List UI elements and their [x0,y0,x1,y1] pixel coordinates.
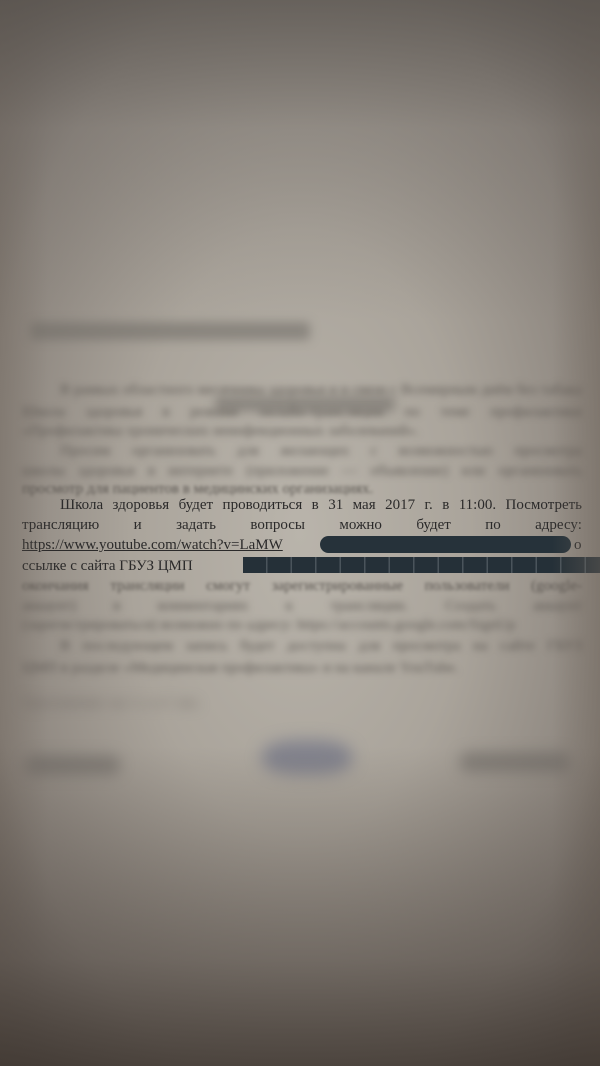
blurred-attachment-line: Приложение: на 1 л. в 1 экз. [22,693,262,713]
blurred-paragraph-1-line-2: Школа здоровья в режиме онлайн-трансляци… [22,402,582,422]
word: трансляцию [22,515,99,535]
word: адресу: [535,515,582,535]
blurred-signature [262,740,352,775]
photographed-document: В рамках областного месячника здоровья и… [0,0,600,1066]
paragraph-3-line-3-tail: о [574,535,582,555]
blurred-signatory-position [25,755,120,775]
word: по [485,515,501,535]
blurred-paragraph-1-line-1: В рамках областного месячника здоровья и… [22,380,582,400]
link-redaction-bar [320,536,571,553]
blurred-paragraph-4-line-1: В последующем запись будет доступна для … [22,636,582,656]
paragraph-3-line-1: Школа здоровья будет проводиться в 31 ма… [22,495,582,515]
youtube-link-text: https://www.youtube.com/watch?v=LaMW [22,537,283,553]
blurred-address-block [30,322,310,340]
blurred-paragraph-2-line-2: школы здоровья в интернете (приложение —… [22,461,582,481]
blurred-paragraph-4-line-2: ЦМП в разделе «Медицинская профилактика»… [22,658,582,678]
paragraph-3-line-7: (зарегистрироваться) возможно по адресу:… [22,615,582,635]
word: и [134,515,142,535]
word: будет [416,515,450,535]
word: можно [339,515,382,535]
paragraph-3-line-5: окончания трансляции смогут зарегистриро… [22,576,582,596]
blurred-paragraph-2-line-1: Просим организовать для желающих с возмо… [22,441,582,461]
word: вопросы [250,515,305,535]
blurred-signatory-name [460,752,570,772]
paragraph-3-line-2: трансляцию и задать вопросы можно будет … [22,515,582,535]
site-redaction-bar [243,557,600,573]
blurred-paragraph-1-line-3: «Профилактика хронических неинфекционных… [22,421,582,441]
paragraph-3-line-6: аккаунт) в комментариях к трансляции. Со… [22,596,582,616]
word: задать [176,515,216,535]
